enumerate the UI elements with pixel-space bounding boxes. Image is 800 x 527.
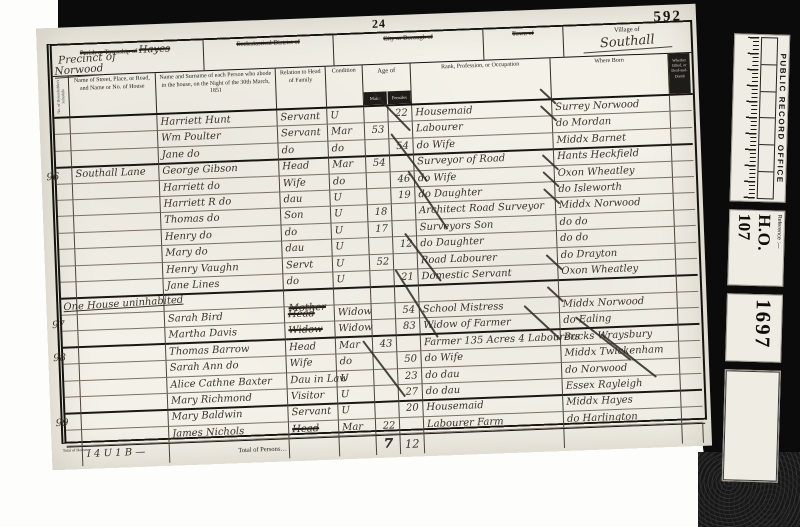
census-page: 24 592 Parish or Township of Hayes Preci… bbox=[36, 4, 712, 470]
cell-schedule bbox=[59, 249, 76, 266]
cell-age-male bbox=[369, 238, 394, 255]
cell-blind bbox=[680, 374, 702, 392]
total-houses-value: I 4 U 1 B — bbox=[87, 447, 146, 460]
town-label: Town of bbox=[512, 30, 534, 38]
cell-age-male: 22 bbox=[376, 418, 401, 435]
cell-age-male bbox=[372, 303, 397, 320]
cell-schedule bbox=[66, 430, 83, 447]
copyright-line bbox=[773, 377, 776, 477]
copyright-notice bbox=[722, 369, 781, 483]
ecclesiastical-district-label: Ecclesiastical District of bbox=[236, 39, 300, 48]
ruler-number bbox=[760, 92, 776, 119]
cell-age-male bbox=[367, 172, 392, 189]
cell-blind bbox=[672, 161, 694, 178]
age-of-label: Age of bbox=[363, 64, 411, 93]
village-value: Southall bbox=[582, 31, 672, 53]
cell-relation: Dau in Law bbox=[287, 371, 338, 389]
parish-cell: Parish or Township of Hayes Precinct of … bbox=[52, 40, 205, 76]
cell-relation: Servt bbox=[283, 256, 334, 274]
cell-schedule bbox=[55, 135, 72, 152]
cell-age-female: 23 bbox=[398, 368, 423, 385]
cell-condition: U bbox=[327, 107, 365, 125]
cell-schedule bbox=[65, 397, 82, 415]
pro-sidebar: PUBLIC RECORD OFFICE Reference :— H.O. 1… bbox=[714, 33, 798, 483]
cell-blind bbox=[681, 390, 703, 407]
cell-age-male bbox=[365, 139, 390, 157]
cell-condition: Mar bbox=[329, 156, 367, 174]
cell-schedule bbox=[60, 282, 77, 300]
town-cell: Town of bbox=[483, 27, 564, 60]
cell-schedule bbox=[58, 217, 75, 234]
cell-blind bbox=[675, 226, 697, 243]
cell-age-male: 17 bbox=[368, 221, 393, 238]
cell-age-male: 43 bbox=[373, 336, 398, 353]
cell-schedule: 96 bbox=[56, 167, 73, 184]
cell-relation: dau bbox=[280, 191, 331, 209]
cell-age-male bbox=[370, 270, 395, 288]
cell-schedule bbox=[64, 381, 81, 398]
total-persons-label: Total of Persons… bbox=[238, 446, 287, 455]
cell-condition: U bbox=[330, 189, 368, 207]
cell-relation: Servant bbox=[288, 404, 339, 422]
cell-age-male: 53 bbox=[365, 123, 390, 140]
ruler-number bbox=[758, 172, 774, 198]
cell-age-male: 52 bbox=[370, 254, 395, 271]
cell-relation: Son bbox=[281, 207, 332, 225]
ecclesiastical-district-cell: Ecclesiastical District of bbox=[203, 35, 334, 70]
reference-label: Reference :— bbox=[774, 215, 782, 283]
cell-schedule bbox=[57, 184, 74, 201]
total-houses-value-cell: I 4 U 1 B — bbox=[83, 444, 171, 466]
ruler-number bbox=[758, 145, 774, 172]
cell-blind bbox=[674, 193, 696, 210]
cell-age-male bbox=[367, 188, 392, 205]
copyright-line bbox=[773, 377, 776, 477]
cell-schedule: 98 bbox=[63, 348, 80, 365]
cell-blind bbox=[679, 341, 701, 358]
total-houses-label-cell: Total of Houses bbox=[67, 447, 84, 467]
cell-age-female: 19 bbox=[391, 187, 416, 204]
cell-blind bbox=[670, 95, 692, 112]
cell-blind bbox=[676, 259, 698, 277]
cell-condition: U bbox=[338, 402, 376, 420]
reference-value: H.O. 107 bbox=[732, 213, 774, 282]
reference-strip: Reference :— H.O. 107 bbox=[727, 209, 785, 287]
cell-schedule bbox=[56, 151, 73, 169]
piece-number-strip: 1697 bbox=[725, 293, 783, 363]
cell-age-male bbox=[364, 106, 389, 123]
cell-condition: U bbox=[333, 255, 371, 273]
cell-age-male bbox=[375, 385, 400, 403]
col-header-females: Females bbox=[388, 91, 411, 105]
cell-blind bbox=[674, 210, 696, 227]
table-body: Harriett Hunt Servant U 22 Housemaid Sur… bbox=[54, 95, 705, 447]
cell-age-female: 83 bbox=[396, 319, 421, 337]
col-header-street: Name of Street, Place, or Road, and Name… bbox=[69, 73, 157, 116]
col-header-occupation: Rank, Profession, or Occupation bbox=[411, 58, 552, 103]
cell-age-male bbox=[372, 320, 397, 338]
cell-condition: U bbox=[332, 238, 370, 256]
village-cell: Village of Southall bbox=[563, 22, 691, 57]
screenshot-root: 24 592 Parish or Township of Hayes Preci… bbox=[0, 0, 800, 527]
cell-relation: HeadMother bbox=[285, 305, 336, 323]
total-females-cell: 12 bbox=[400, 434, 425, 454]
cell-age-female bbox=[400, 417, 425, 434]
cell-age-female bbox=[397, 335, 422, 352]
spacer-cell bbox=[682, 424, 704, 444]
spacer-cell bbox=[424, 429, 565, 453]
cell-blind bbox=[672, 144, 694, 161]
cell-blind bbox=[671, 111, 693, 128]
cell-condition: Widow bbox=[335, 304, 373, 322]
col-header-born: Where Born bbox=[550, 54, 669, 98]
cell-condition: U bbox=[331, 222, 369, 240]
cell-blind bbox=[671, 128, 693, 146]
census-table: Parish or Township of Hayes Precinct of … bbox=[47, 20, 708, 444]
cell-relation: Head bbox=[286, 338, 337, 356]
city-borough-cell: City or Borough of bbox=[333, 30, 484, 66]
cell-age-male bbox=[375, 401, 400, 418]
cell-age-female: 20 bbox=[399, 401, 424, 418]
cell-relation: Wife bbox=[286, 355, 337, 373]
spacer-cell bbox=[290, 438, 341, 459]
col-header-relation: Relation to Head of Family bbox=[276, 67, 327, 109]
cell-condition: U bbox=[337, 370, 375, 388]
cell-street bbox=[82, 427, 170, 447]
folio-number: 24 bbox=[372, 16, 387, 32]
col-header-condition: Condition bbox=[326, 65, 364, 106]
ruler-number bbox=[761, 38, 777, 65]
parish-value: Hayes bbox=[139, 44, 171, 56]
cell-relation: Servant bbox=[277, 109, 328, 127]
cell-relation: Head bbox=[279, 158, 330, 176]
cell-schedule: 97 bbox=[62, 315, 79, 332]
cell-schedule bbox=[54, 118, 71, 135]
cell-schedule bbox=[62, 331, 79, 349]
cell-blind bbox=[682, 407, 704, 424]
copyright-line bbox=[773, 377, 776, 477]
city-borough-label: City or Borough of bbox=[383, 34, 433, 43]
cell-blind bbox=[677, 275, 699, 292]
cell-blind bbox=[673, 177, 695, 194]
piece-number: 1697 bbox=[749, 299, 776, 358]
cell-condition: Mar bbox=[339, 419, 377, 437]
cell-schedule bbox=[59, 233, 76, 250]
cell-age-male: 18 bbox=[368, 205, 393, 222]
copyright-line bbox=[773, 377, 776, 477]
total-houses-label: Total of Houses bbox=[63, 448, 83, 453]
cell-relation: Wife bbox=[280, 174, 331, 192]
cell-schedule bbox=[57, 200, 74, 217]
cell-schedule: 99 bbox=[65, 413, 82, 430]
cell-relation: Head bbox=[289, 420, 340, 438]
cell-schedule bbox=[60, 266, 77, 283]
cell-condition: do bbox=[330, 173, 368, 191]
total-persons-label-cell: Total of Persons… bbox=[170, 439, 291, 462]
cell-age-male: 54 bbox=[366, 156, 391, 173]
ruler-number bbox=[759, 119, 775, 146]
pro-ruler: PUBLIC RECORD OFFICE bbox=[730, 33, 791, 202]
cell-age-female: 50 bbox=[397, 351, 422, 368]
total-males: 7 bbox=[377, 436, 401, 452]
cell-blind bbox=[677, 292, 699, 309]
cell-blind bbox=[675, 243, 697, 260]
spacer-cell bbox=[564, 425, 683, 448]
col-header-schedule: No. of Householder's Schedule bbox=[53, 76, 70, 117]
cell-relation: Servant bbox=[278, 125, 329, 143]
cell-relation: do bbox=[281, 223, 332, 241]
total-males-cell: 7 bbox=[376, 435, 401, 455]
cell-condition bbox=[334, 288, 372, 306]
col-header-age: Age of Males Females bbox=[363, 64, 412, 106]
cell-schedule bbox=[64, 364, 81, 381]
total-females: 12 bbox=[401, 436, 425, 451]
cell-blind bbox=[678, 308, 700, 326]
col-header-blind: Whether Blind, or Deaf-and-Dumb bbox=[668, 53, 690, 94]
col-header-name: Name and Surname of each Person who abod… bbox=[156, 69, 277, 113]
cell-blind bbox=[680, 357, 702, 374]
cell-age-female bbox=[392, 204, 417, 221]
ruler-number bbox=[761, 65, 777, 92]
cell-age-female bbox=[394, 253, 419, 270]
cell-condition: Mar bbox=[328, 124, 366, 142]
cell-age-male bbox=[371, 287, 396, 304]
cell-condition: do bbox=[336, 353, 374, 371]
cell-condition: U bbox=[331, 206, 369, 224]
cell-relation: dau bbox=[282, 240, 333, 258]
spacer-cell bbox=[339, 436, 377, 456]
cell-blind bbox=[679, 325, 701, 342]
